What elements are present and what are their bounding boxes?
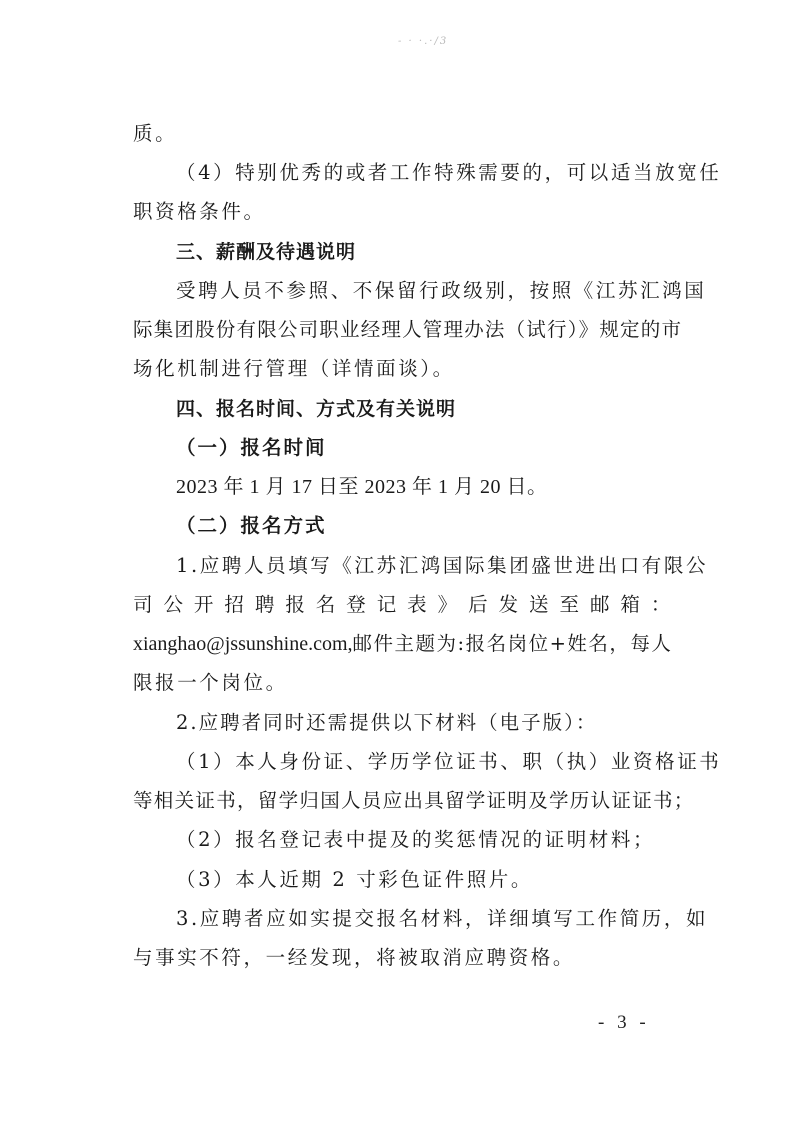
paragraph-line-salary-1: 受聘人员不参照、不保留行政级别，按照《江苏汇鸿国 [176,278,673,304]
page-number: - 3 - [598,1012,650,1034]
paragraph-line-salary-3: 场化机制进行管理（详情面谈）。 [133,356,673,382]
scan-artifact-mark: - · ·.·/3 [398,36,448,47]
list-item-materials-2: （2）报名登记表中提及的奖惩情况的证明材料； [176,827,673,853]
paragraph-line-method-3: 3.应聘者应如实提交报名材料，详细填写工作简历，如 [176,906,673,932]
list-item-materials-1: （1）本人身份证、学历学位证书、职（执）业资格证书 [176,749,673,775]
paragraph-line-salary-2: 际集团股份有限公司职业经理人管理办法（试行）》规定的市 [133,317,673,343]
paragraph-line-item-4: （4）特别优秀的或者工作特殊需要的，可以适当放宽任 [176,160,673,186]
paragraph-line-method-1: 1.应聘人员填写《江苏汇鸿国际集团盛世进出口有限公 [176,553,673,579]
paragraph-line-method-1-cont: 司公开招聘报名登记表》后发送至邮箱： [133,592,673,618]
email-link[interactable]: xianghao@jssunshine.com, [133,633,353,655]
subheading-registration-time: （一）报名时间 [176,435,673,461]
registration-date-range: 2023 年 1 月 17 日至 2023 年 1 月 20 日。 [176,474,673,500]
section-heading-salary: 三、薪酬及待遇说明 [176,239,673,265]
subheading-registration-method: （二）报名方式 [176,513,673,539]
list-item-materials-1-cont: 等相关证书，留学归国人员应出具留学证明及学历认证证书； [133,788,673,814]
paragraph-line-item-4-cont: 职资格条件。 [133,199,673,225]
paragraph-line-method-2: 2.应聘者同时还需提供以下材料（电子版）： [176,710,673,736]
list-item-materials-3: （3）本人近期 2 寸彩色证件照片。 [176,867,673,893]
email-subject-instruction: 邮件主题为:报名岗位+姓名，每人 [353,632,673,655]
paragraph-line-method-3-cont: 与事实不符，一经发现，将被取消应聘资格。 [133,945,673,971]
paragraph-line-method-email: xianghao@jssunshine.com,邮件主题为:报名岗位+姓名，每人 [133,631,673,657]
section-heading-registration: 四、报名时间、方式及有关说明 [176,396,673,422]
paragraph-line-continuation: 质。 [133,121,673,147]
paragraph-line-method-1-end: 限报一个岗位。 [133,670,673,696]
